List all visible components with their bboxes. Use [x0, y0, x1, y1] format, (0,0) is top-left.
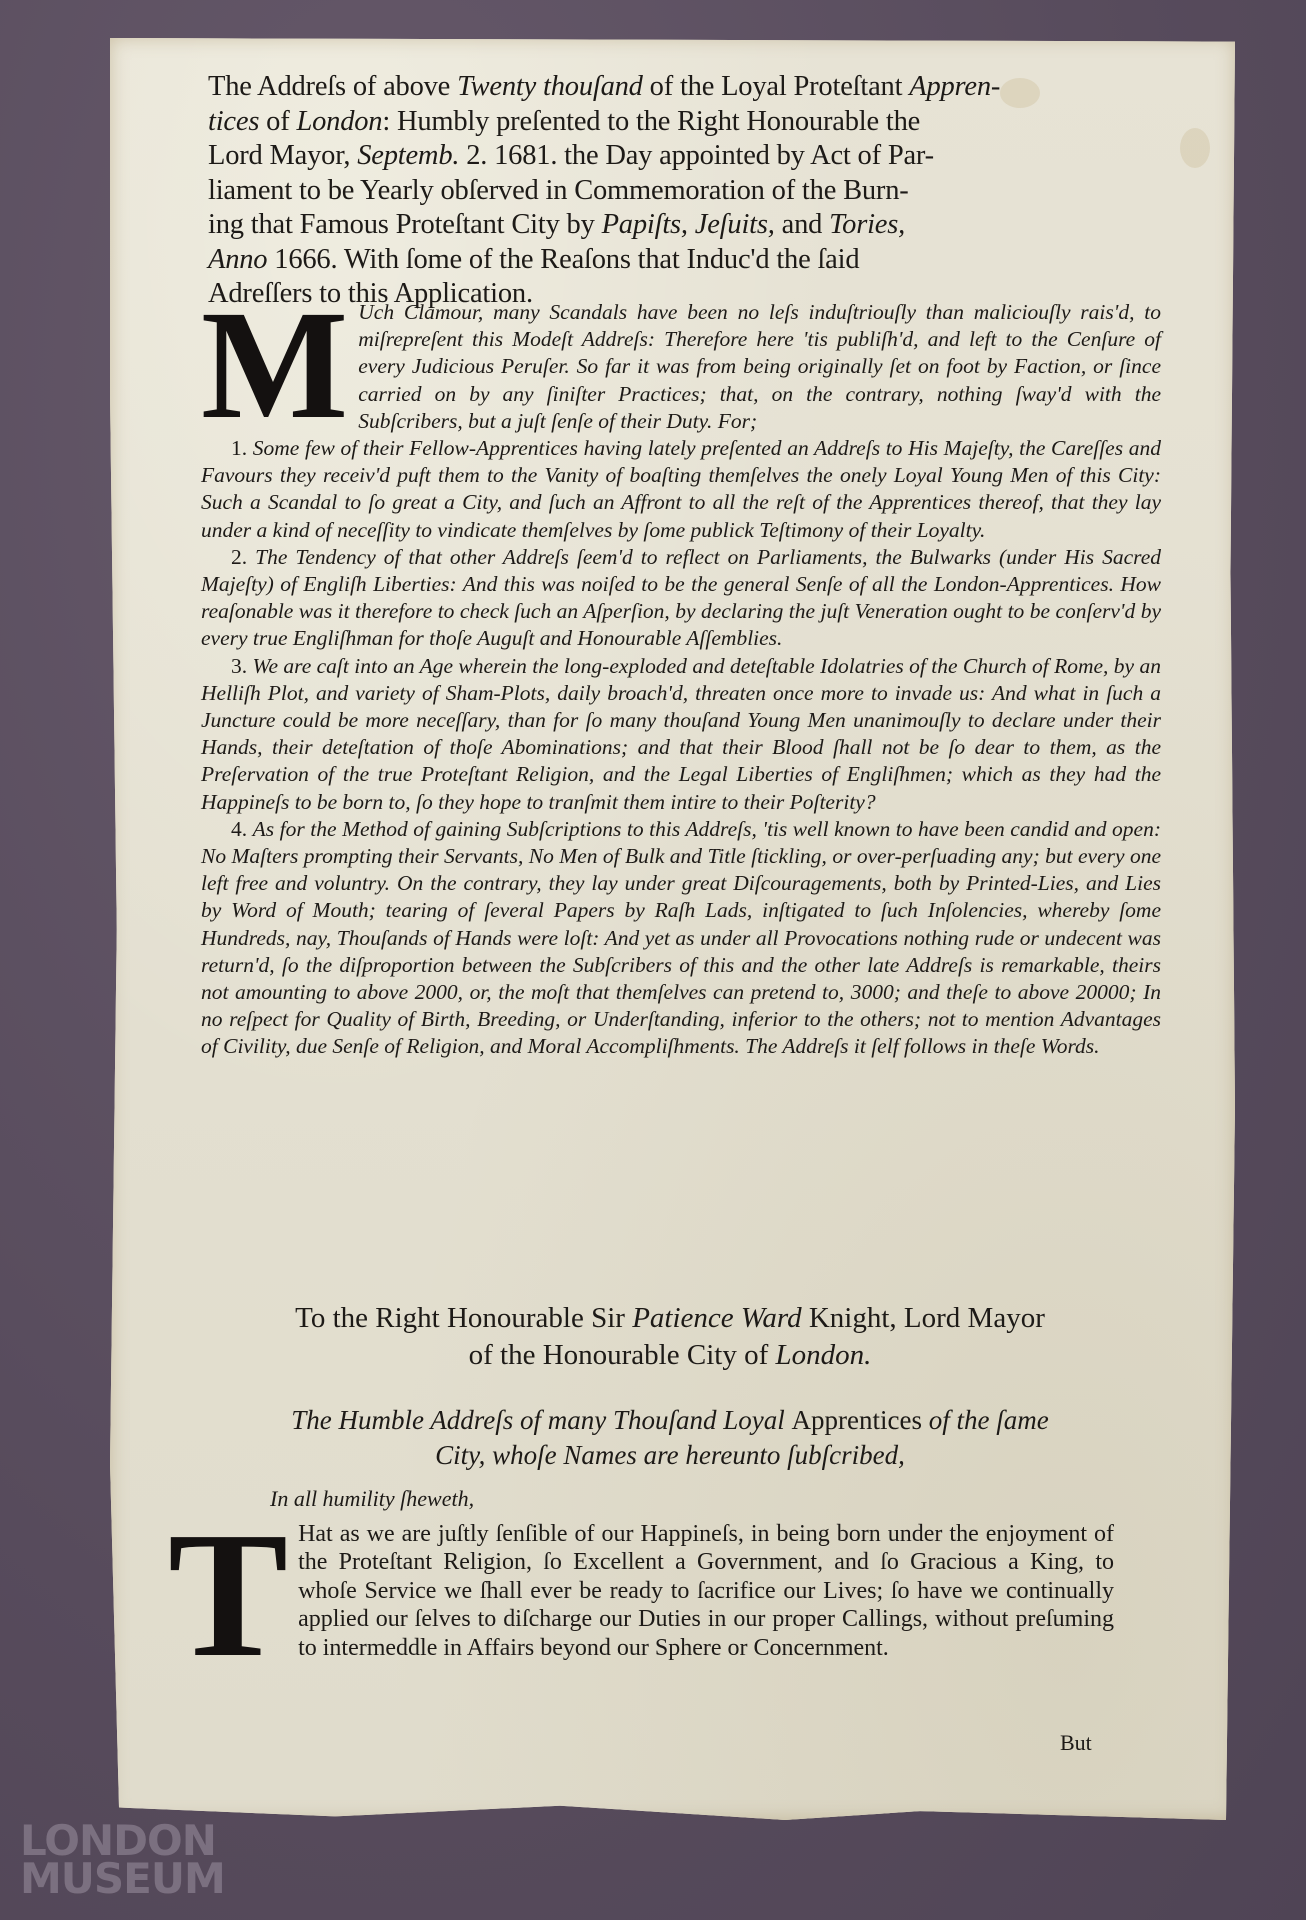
museum-watermark: LONDON MUSEUM — [20, 1822, 225, 1898]
address-heading: To the Right Honourable Sir Patience War… — [190, 1300, 1150, 1374]
salutation: In all humility ſheweth, — [270, 1486, 474, 1512]
watermark-line-2: MUSEUM — [20, 1860, 225, 1898]
intro-paragraph: MUch Clamour, many Scandals have been no… — [201, 299, 1161, 435]
petition-body: THat as we are juſtly ſenſible of our Ha… — [154, 1520, 1114, 1688]
reason-3: 3. We are caſt into an Age wherein the l… — [201, 653, 1161, 816]
dropcap-m: M — [201, 305, 348, 431]
broadside-page: The Addreſs of above Twenty thouſand of … — [110, 38, 1235, 1820]
introduction: MUch Clamour, many Scandals have been no… — [201, 299, 1161, 1061]
reason-1: 1. Some few of their Fellow-Apprentices … — [201, 435, 1161, 544]
humble-address-heading: The Humble Addreſs of many Thouſand Loya… — [190, 1403, 1150, 1473]
document-title: The Addreſs of above Twenty thouſand of … — [208, 70, 1158, 312]
reason-2: 2. The Tendency of that other Addreſs ſe… — [201, 544, 1161, 653]
catchword: But — [1060, 1730, 1092, 1756]
reason-4: 4. As for the Method of gaining Subſcrip… — [201, 816, 1161, 1061]
dropcap-t: T — [168, 1520, 288, 1688]
